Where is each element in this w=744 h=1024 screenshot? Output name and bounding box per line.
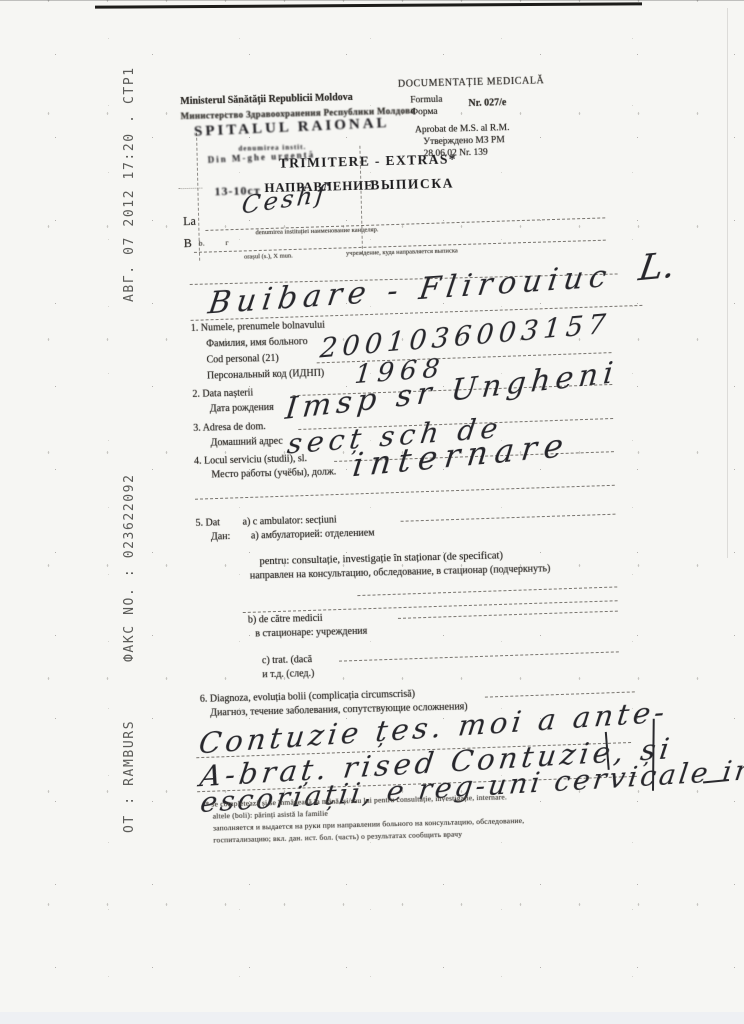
ruling-line	[398, 611, 618, 619]
formula-label-ro: Formula	[410, 95, 442, 106]
field-2-label-ro: 2. Data nașterii	[192, 387, 253, 399]
ruling-line	[339, 651, 619, 661]
field-1-label-ro: 1. Numele, prenumele bolnavului	[191, 320, 325, 334]
footnote-line-4: госпитализацию; вкл. дан. ист. бол. (час…	[213, 829, 462, 844]
destination-subcaption-2-right: учреждение, куда направляется выписка	[346, 247, 458, 257]
ministry-name-ro: Ministerul Sănătății Republicii Moldova	[180, 92, 353, 107]
approval-line-ro: Aprobat de M.S. al R.M.	[415, 123, 510, 135]
field-3-label-ru: Домашний адрес	[210, 436, 282, 449]
field-1b-label-ro: Cod personal (21)	[206, 353, 278, 366]
field-1b-label-ru: Персональный код (ИДНП)	[207, 368, 324, 382]
stamp-frame-tick	[178, 188, 202, 190]
field-4-label-ro: 4. Locul serviciu (studii), sl.	[194, 453, 307, 467]
form-title-ro: TRIMITERE - EXTRAS*	[279, 151, 457, 171]
handwriting-patient-initial: L.	[636, 245, 678, 289]
ruling-line	[401, 514, 616, 522]
form-title-ru-right: ВЫПИСКА	[370, 175, 454, 193]
form-document: Ministerul Sănătății Republicii Moldova …	[0, 0, 744, 1024]
ruling-line	[243, 600, 618, 613]
destination-v-label: В	[184, 236, 192, 251]
field-3-label-ro: 3. Adresa de dom.	[193, 421, 266, 434]
footnote-line-2: altele (boli): părinți asistă la familie	[213, 809, 328, 821]
ruling-line	[357, 586, 617, 596]
formula-number: Nr. 027/e	[468, 97, 506, 109]
section-5-label-ru: Дан:	[211, 531, 231, 542]
ruling-line	[485, 691, 635, 697]
doc-classification-label: DOCUMENTAȚIE MEDICALĂ	[398, 75, 545, 90]
destination-subcaption-2-left: orașul (s.), X mun.	[244, 252, 293, 260]
field-1-label-ru: Фамилия, имя больного	[206, 336, 308, 349]
ruling-line	[195, 485, 615, 500]
destination-la-label: La	[183, 214, 196, 229]
approval-line-ru: Утверждено МЗ РМ	[423, 135, 505, 147]
field-4-label-ru: Место работы (учёбы), долж.	[211, 466, 336, 480]
section-5c-ro: c) trat. (dacă	[262, 654, 313, 666]
field-2-label-ru: Дата рождения	[210, 402, 274, 415]
section-5b-ro: b) de către medicii	[248, 613, 323, 626]
section-5c-ru: и т.д. (след.)	[262, 668, 314, 680]
destination-entry-marks: b. г	[199, 238, 229, 248]
section-5a-ru: а) амбулаторией: отделением	[251, 528, 375, 542]
section-5-label-ro: 5. Dat	[195, 517, 220, 529]
section-5b-ru: в стационаре: учреждения	[255, 626, 367, 640]
scanned-fax-page: АВГ. 07 2012 17:20 . СТР1 ФАКС NO. : 023…	[0, 0, 744, 1024]
formula-label-ru: Форма	[410, 107, 437, 118]
section-5a-ro: a) c ambulator: secțiuni	[242, 514, 336, 527]
